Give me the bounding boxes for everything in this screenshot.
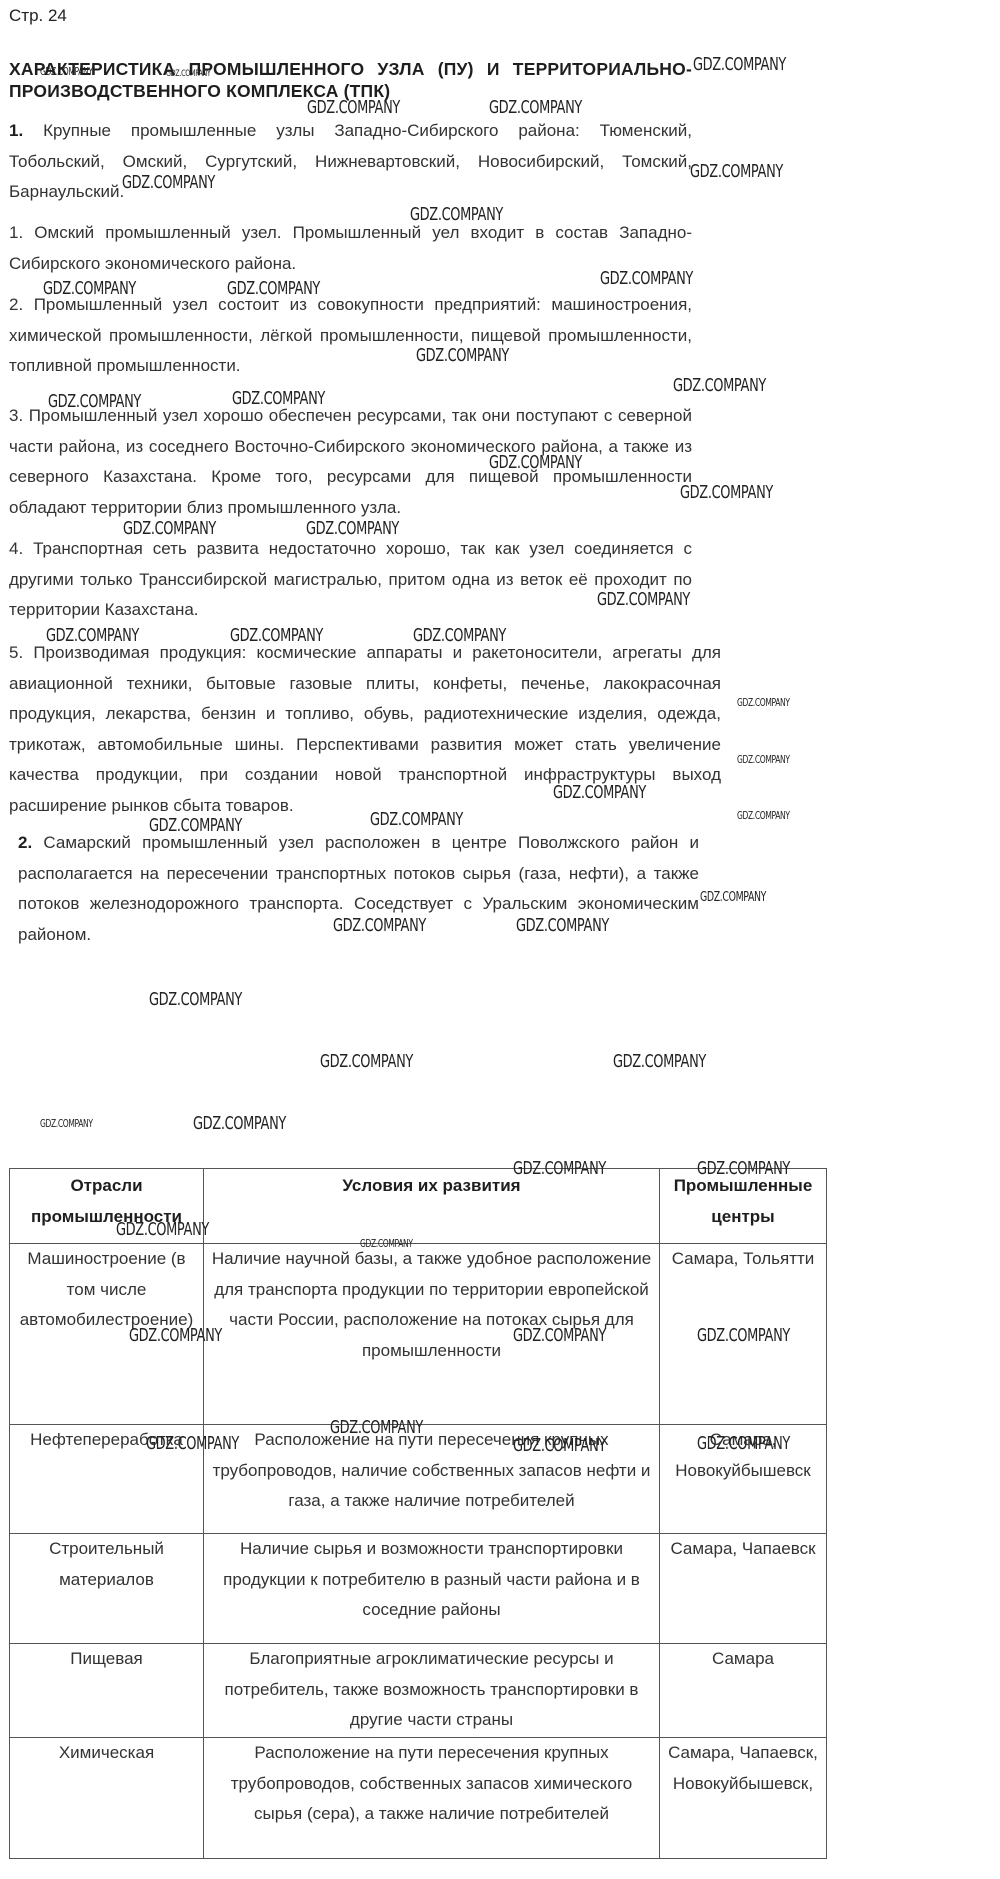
watermark: GDZ.COMPANY [690, 161, 783, 182]
task1-point-4: 4. Транспортная сеть развита недостаточн… [9, 534, 692, 626]
watermark: GDZ.COMPANY [737, 754, 790, 766]
watermark: GDZ.COMPANY [693, 54, 786, 75]
watermark: GDZ.COMPANY [680, 482, 773, 503]
page-title: ХАРАКТЕРИСТИКА ПРОМЫШЛЕННОГО УЗЛА (ПУ) И… [9, 58, 692, 102]
watermark: GDZ.COMPANY [193, 1113, 286, 1134]
watermark: GDZ.COMPANY [553, 782, 646, 803]
task1-point-2: 2. Промышленный узел состоит из совокупн… [9, 290, 692, 382]
watermark: GDZ.COMPANY [513, 1435, 606, 1456]
watermark: GDZ.COMPANY [516, 915, 609, 936]
watermark: GDZ.COMPANY [40, 66, 93, 78]
cell-branch: Пищевая [10, 1644, 204, 1738]
watermark: GDZ.COMPANY [370, 809, 463, 830]
watermark: GDZ.COMPANY [613, 1051, 706, 1072]
industry-table: Отрасли промышленности Условия их развит… [9, 1168, 827, 1859]
watermark: GDZ.COMPANY [232, 388, 325, 409]
cell-centers: Самара, Чапаевск [660, 1534, 827, 1644]
task1-intro-text: Крупные промышленные узлы Западно-Сибирс… [9, 121, 692, 201]
watermark: GDZ.COMPANY [700, 890, 766, 905]
watermark: GDZ.COMPANY [513, 1158, 606, 1179]
header-conditions: Условия их развития [204, 1169, 660, 1244]
watermark: GDZ.COMPANY [489, 452, 582, 473]
watermark: GDZ.COMPANY [416, 345, 509, 366]
watermark: GDZ.COMPANY [600, 268, 693, 289]
watermark: GDZ.COMPANY [489, 97, 582, 118]
watermark: GDZ.COMPANY [149, 989, 242, 1010]
watermark: GDZ.COMPANY [360, 1238, 413, 1250]
watermark: GDZ.COMPANY [306, 518, 399, 539]
task1-point-1: 1. Омский промышленный узел. Промышленны… [9, 218, 692, 279]
task2-number: 2. [18, 833, 32, 852]
cell-conditions: Благоприятные агроклиматические ресурсы … [204, 1644, 660, 1738]
watermark: GDZ.COMPANY [146, 1433, 239, 1454]
cell-conditions: Расположение на пути пересечения крупных… [204, 1738, 660, 1859]
watermark: GDZ.COMPANY [333, 915, 426, 936]
watermark: GDZ.COMPANY [330, 1417, 423, 1438]
watermark: GDZ.COMPANY [122, 172, 215, 193]
cell-branch: Строительный материалов [10, 1534, 204, 1644]
header-centers: Промышленные центры [660, 1169, 827, 1244]
watermark: GDZ.COMPANY [129, 1325, 222, 1346]
watermark: GDZ.COMPANY [737, 810, 790, 822]
watermark: GDZ.COMPANY [597, 589, 690, 610]
cell-conditions: Наличие сырья и возможности транспортиро… [204, 1534, 660, 1644]
cell-centers: Самара, Чапаевск, Новокуйбышевск, [660, 1738, 827, 1859]
task1-point-3: 3. Промышленный узел хорошо обеспечен ре… [9, 401, 692, 523]
watermark: GDZ.COMPANY [116, 1219, 209, 1240]
cell-centers: Самара [660, 1644, 827, 1738]
watermark: GDZ.COMPANY [320, 1051, 413, 1072]
watermark: GDZ.COMPANY [697, 1433, 790, 1454]
table-row: Химическая Расположение на пути пересече… [10, 1738, 827, 1859]
watermark: GDZ.COMPANY [413, 625, 506, 646]
watermark: GDZ.COMPANY [673, 375, 766, 396]
page-number: Стр. 24 [9, 6, 67, 26]
watermark: GDZ.COMPANY [513, 1325, 606, 1346]
watermark: GDZ.COMPANY [410, 204, 503, 225]
watermark: GDZ.COMPANY [697, 1325, 790, 1346]
watermark: GDZ.COMPANY [149, 815, 242, 836]
table-row: Строительный материалов Наличие сырья и … [10, 1534, 827, 1644]
task1-number: 1. [9, 121, 23, 140]
task1-intro: 1. Крупные промышленные узлы Западно-Сиб… [9, 116, 692, 208]
watermark: GDZ.COMPANY [48, 391, 141, 412]
watermark: GDZ.COMPANY [43, 278, 136, 299]
watermark: GDZ.COMPANY [697, 1158, 790, 1179]
cell-branch: Химическая [10, 1738, 204, 1859]
watermark: GDZ.COMPANY [307, 97, 400, 118]
watermark: GDZ.COMPANY [230, 625, 323, 646]
watermark: GDZ.COMPANY [737, 697, 790, 709]
watermark: GDZ.COMPANY [227, 278, 320, 299]
table-row: Пищевая Благоприятные агроклиматические … [10, 1644, 827, 1738]
watermark: GDZ.COMPANY [40, 1118, 93, 1130]
watermark: GDZ.COMPANY [46, 625, 139, 646]
watermark: GDZ.COMPANY [166, 69, 211, 79]
watermark: GDZ.COMPANY [123, 518, 216, 539]
